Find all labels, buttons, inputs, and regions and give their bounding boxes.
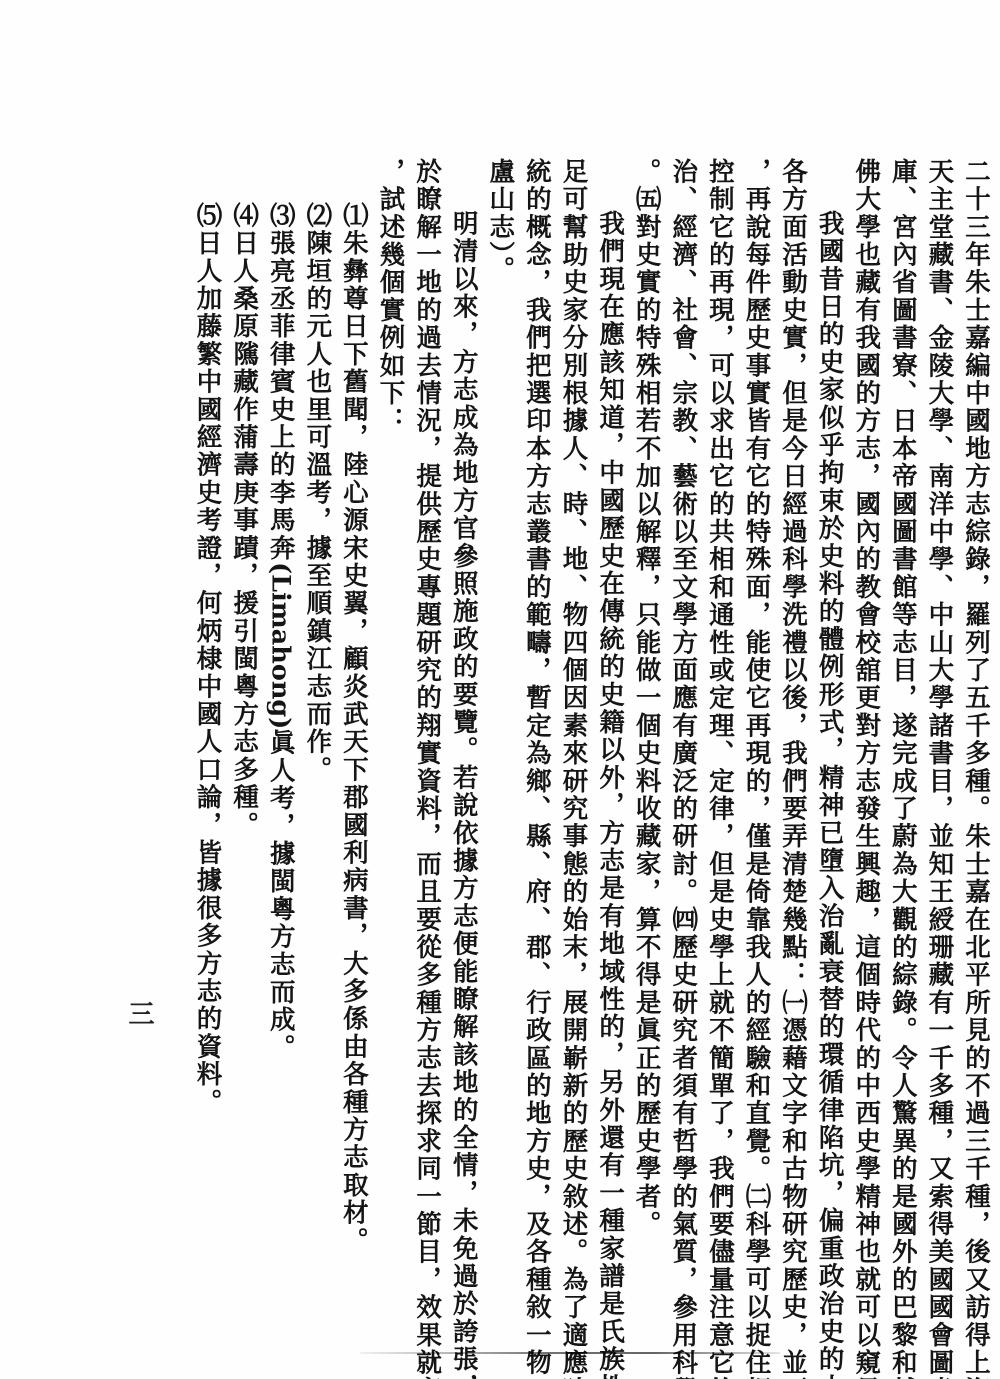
page-number: 三: [121, 1000, 158, 1026]
example-item-2: ⑵陳垣的元人也里可溫考，據至順鎮江志而作。: [299, 158, 336, 1278]
text-column-4: 佛大學也藏有我國的方志，國內的教會校舘更對方志發生興趣，這個時代的中西史學精神也…: [848, 158, 885, 1278]
text-column-16: 於瞭解一地的過去情況，提供歷史專題研究的翔實資料，而且要從多種方志去探求同一節目…: [409, 158, 446, 1278]
paragraph-start-local-gazetteers: 我們現在應該知道，中國歷史在傳統的史籍以外，方志是有地域性的，另外還有一種家譜是…: [591, 158, 628, 1278]
vertical-text-body: 二十三年朱士嘉編中國地方志綜錄，羅列了五千多種。朱士嘉在北平所見的不過三千種，後…: [189, 158, 994, 1278]
example-item-3: ⑶張亮丞菲律賓史上的李馬奔(Limahong)眞人考，據閩粵方志而成。: [262, 158, 299, 1278]
text-column-7: ，再說每件歷史事實皆有它的特殊面，能使它再現的，僅是倚靠我人的經驗和直覺。㈡科學…: [738, 158, 775, 1278]
example-item-5: ⑸日人加藤繁中國經濟史考證，何炳棣中國人口論，皆據很多方志的資料。: [189, 158, 226, 1278]
paragraph-start-ming-qing: 明清以來，方志成為地方官參照施政的要覽。若說依據方志便能瞭解該地的全情，未免過於…: [445, 158, 482, 1278]
text-column-13: 統的概念，我們把選印本方志叢書的範疇，暫定為鄉、縣、府、郡、行政區的地方史，及各…: [518, 158, 555, 1278]
example-item-1: ⑴朱彝尊日下舊聞，陸心源宋史翼，顧炎武天下郡國利病書，大多係由各種方志取材。: [335, 158, 372, 1278]
text-column-6: 各方面活動史實，但是今日經過科學洗禮以後，我們要弄清楚幾點：㈠憑藉文字和古物研究…: [774, 158, 811, 1278]
text-column-3: 庫、宮內省圖書寮、日本帝國圖書館等志目，遂完成了蔚為大觀的綜錄。令人驚異的是國外…: [884, 158, 921, 1278]
text-column-14: 盧山志）。: [482, 158, 519, 1278]
text-column-1: 二十三年朱士嘉編中國地方志綜錄，羅列了五千多種。朱士嘉在北平所見的不過三千種，後…: [957, 158, 994, 1278]
scanned-page: 二十三年朱士嘉編中國地方志綜錄，羅列了五千多種。朱士嘉在北平所見的不過三千種，後…: [0, 0, 1000, 1379]
text-column-10: 。㈤對史實的特殊相若不加以解釋，只能做一個史料收藏家，算不得是眞正的歷史學者。: [628, 158, 665, 1278]
text-column-17: ，試述幾個實例如下：: [372, 158, 409, 1278]
text-column-9: 治、經濟、社會、宗教、藝術以至文學方面應有廣泛的研討。㈣歷史研究者須有哲學的氣質…: [665, 158, 702, 1278]
paragraph-start-historians: 我國昔日的史家似乎拘束於史料的體例形式，精神已墮入治亂衰替的環循律陷坑，偏重政治…: [811, 158, 848, 1278]
example-item-3-latin-name: (Limahong): [266, 562, 296, 729]
scan-edge-line: [360, 1352, 780, 1354]
example-item-3-text-after: 眞人考，據閩粵方志而成。: [266, 729, 296, 1061]
example-item-3-text-before: ⑶張亮丞菲律賓史上的李馬奔: [266, 202, 296, 562]
text-column-12: 足可幫助史家分別根據人、時、地、物四個因素來研究事態的始末，展開嶄新的歷史敘述。…: [555, 158, 592, 1278]
example-item-4: ⑷日人桑原隲藏作蒲壽庚事蹟，援引閩粵方志多種。: [226, 158, 263, 1278]
text-column-8: 控制它的再現，可以求出它的共相和通性或定理、定律，但是史學上就不簡單了，我們要儘…: [701, 158, 738, 1278]
text-column-2: 天主堂藏書、金陵大學、南洋中學、中山大學諸書目，並知王綬珊藏有一千多種，又索得美…: [921, 158, 958, 1278]
